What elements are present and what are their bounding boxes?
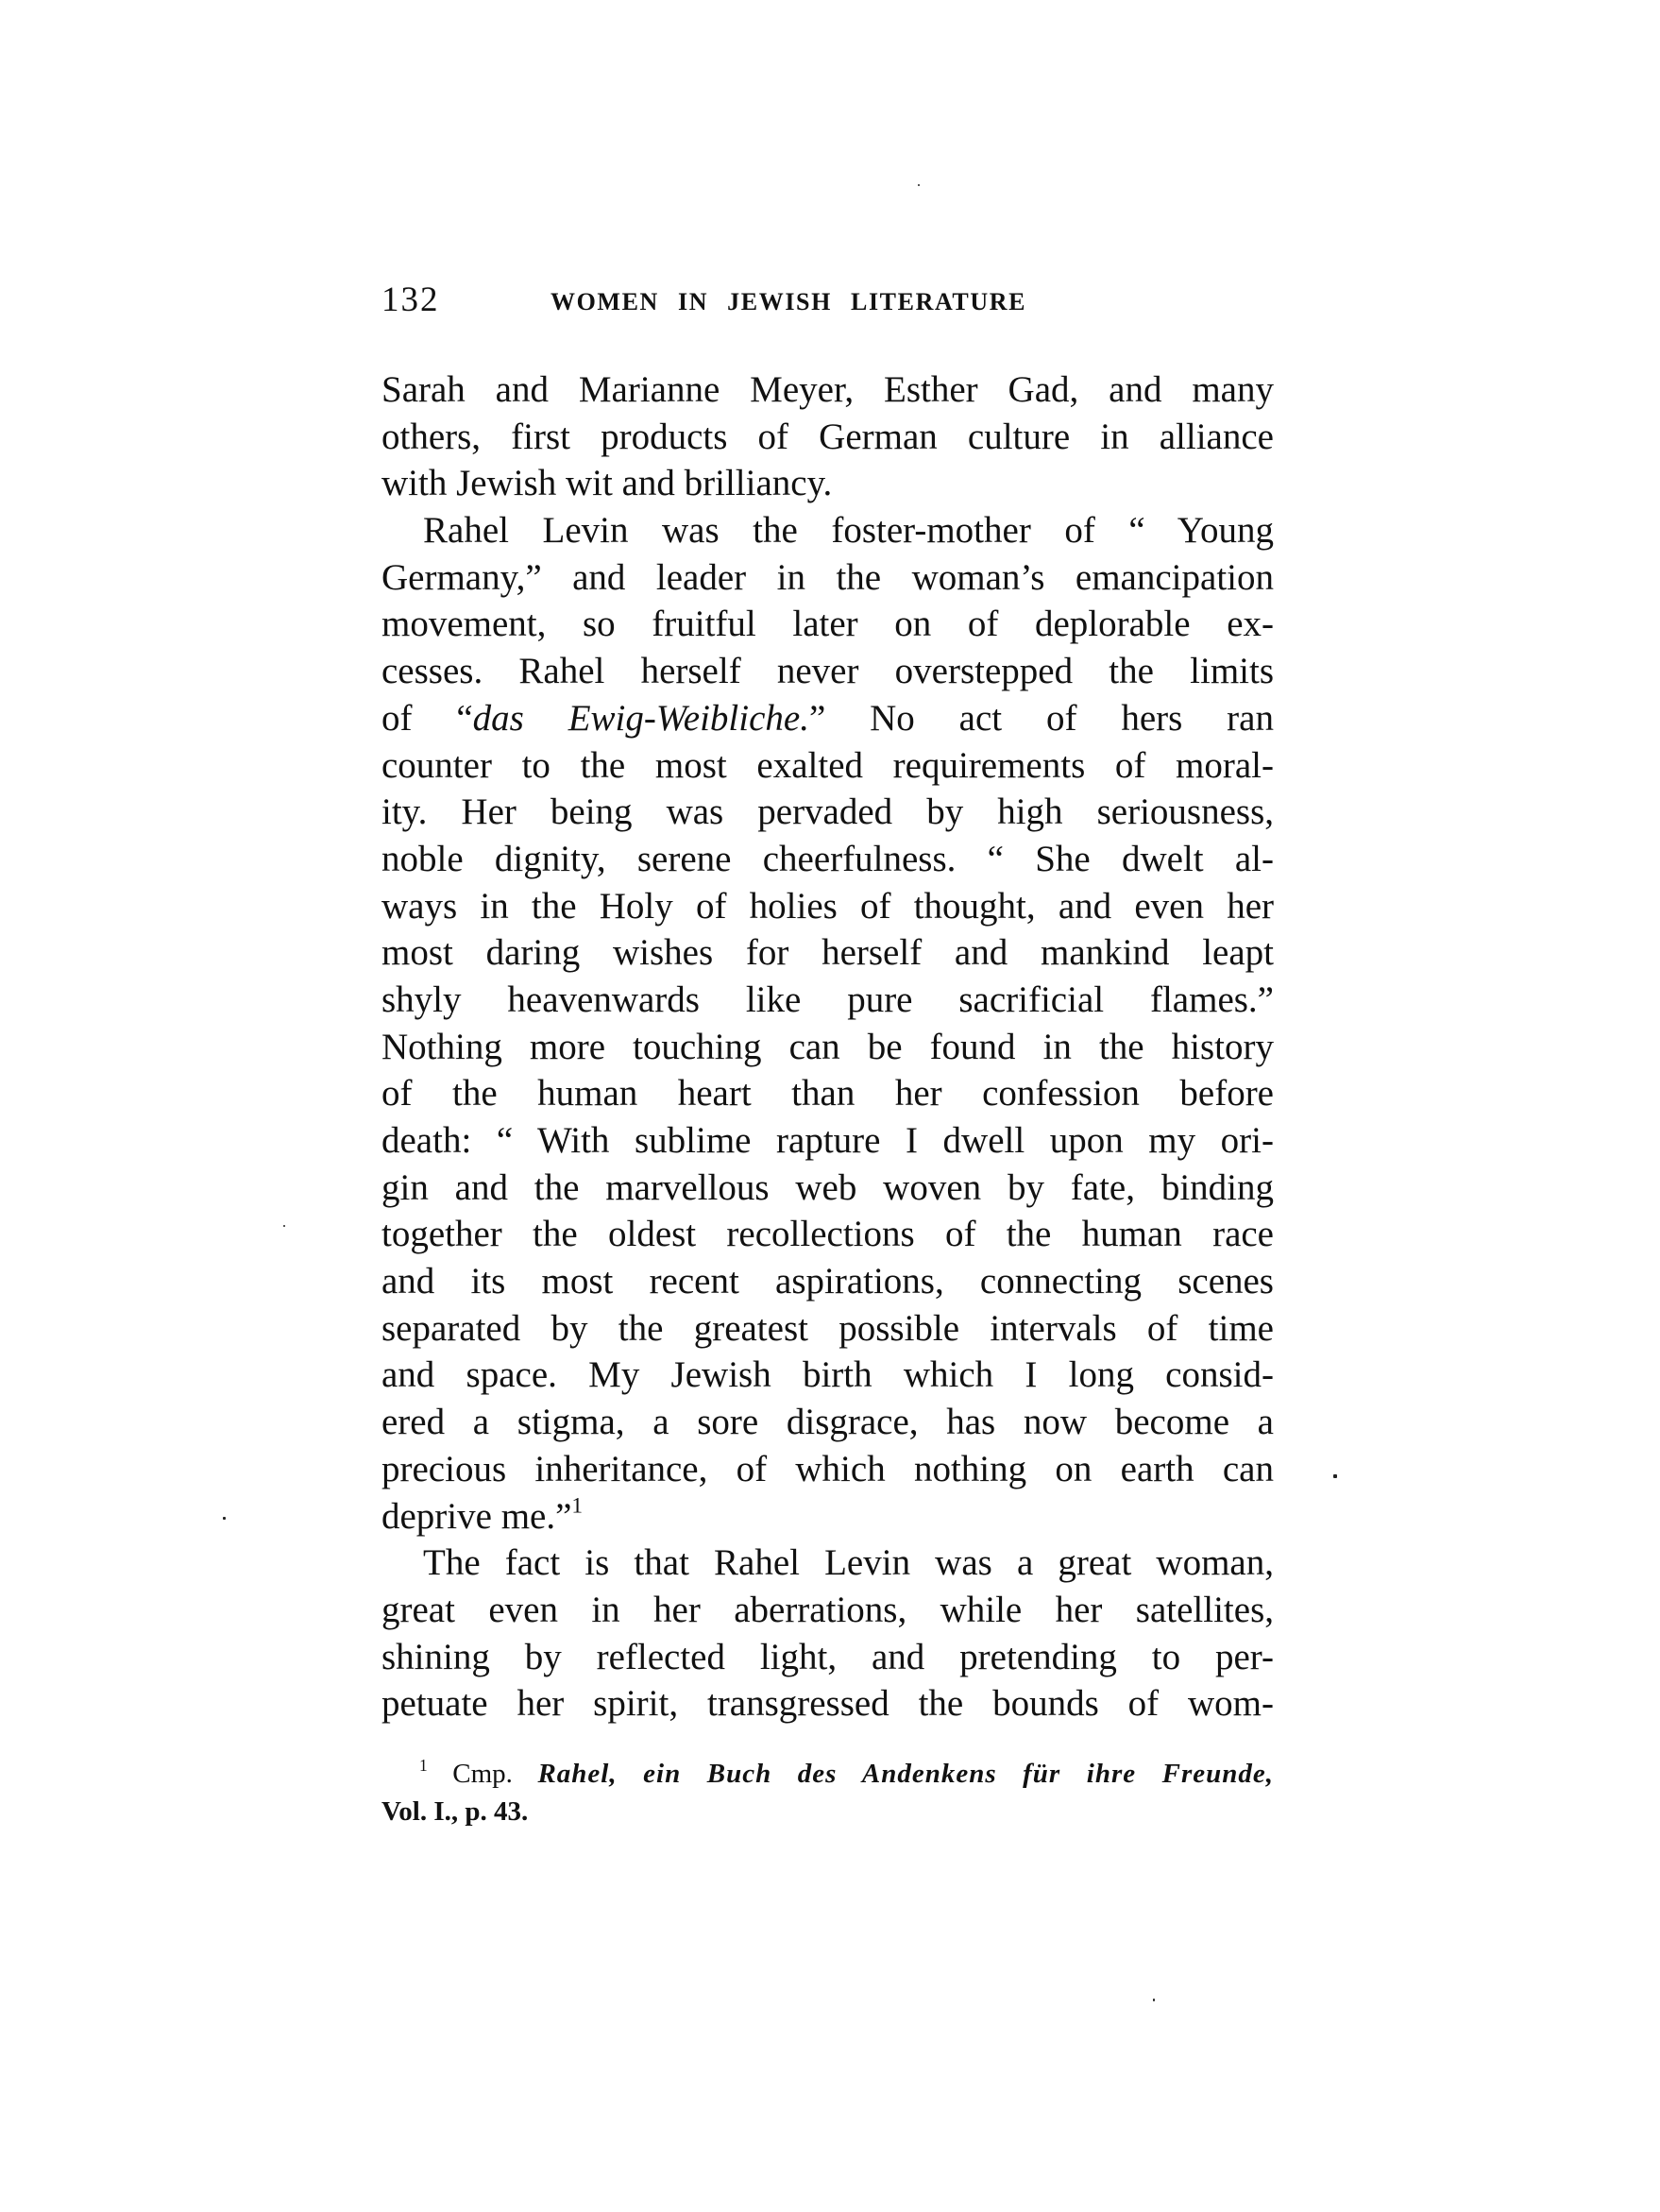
text-fragment: deprive me.” <box>381 1496 571 1537</box>
text-fragment: of “ <box>381 698 473 739</box>
footnote-prefix: Cmp. <box>452 1759 513 1789</box>
text-line: movement, so fruitful later on of deplor… <box>381 601 1274 648</box>
text-line: and space. My Jewish birth which I long … <box>381 1352 1274 1399</box>
italic-phrase: das Ewig-Weibliche. <box>473 698 809 739</box>
text-line: together the oldest recollections of the… <box>381 1211 1274 1258</box>
text-line: with Jewish wit and brilliancy. <box>381 460 1274 507</box>
scan-speck <box>1333 1474 1337 1478</box>
text-line: separated by the greatest possible inter… <box>381 1305 1274 1353</box>
text-line: counter to the most exalted requirements… <box>381 742 1274 790</box>
scan-speck <box>283 1225 285 1227</box>
scan-speck <box>1153 1999 1155 2001</box>
text-line-with-footnote-ref: deprive me.”1 <box>381 1493 1274 1540</box>
text-line: great even in her aberrations, while her… <box>381 1587 1274 1634</box>
text-line: shyly heavenwards like pure sacrificial … <box>381 977 1274 1024</box>
text-line: noble dignity, serene cheerfulness. “ Sh… <box>381 836 1274 883</box>
text-line: most daring wishes for herself and manki… <box>381 929 1274 977</box>
footnote-marker: 1 <box>419 1756 428 1775</box>
footnote-line: Vol. I., p. 43. <box>381 1793 1274 1830</box>
paragraph-start-line: The fact is that Rahel Levin was a great… <box>381 1540 1274 1587</box>
text-line: of the human heart than her confession b… <box>381 1070 1274 1117</box>
text-line: others, first products of German culture… <box>381 414 1274 461</box>
text-line: and its most recent aspirations, connect… <box>381 1258 1274 1305</box>
text-line: precious inheritance, of which nothing o… <box>381 1446 1274 1493</box>
text-line: ways in the Holy of holies of thought, a… <box>381 883 1274 930</box>
scan-speck <box>918 184 920 186</box>
text-line: shining by reflected light, and pretendi… <box>381 1634 1274 1681</box>
footnote: 1 Cmp. Rahel, ein Buch des Andenkens für… <box>381 1755 1274 1830</box>
text-line: Sarah and Marianne Meyer, Esther Gad, an… <box>381 366 1274 414</box>
body-text: Sarah and Marianne Meyer, Esther Gad, an… <box>381 366 1274 1727</box>
text-fragment: ” No act of hers ran <box>809 698 1274 739</box>
running-head: 132 WOMEN IN JEWISH LITERATURE <box>381 281 1274 319</box>
text-line: Germany,” and leader in the woman’s eman… <box>381 554 1274 602</box>
text-line: petuate her spirit, transgressed the bou… <box>381 1680 1274 1727</box>
book-page: 132 WOMEN IN JEWISH LITERATURE Sarah and… <box>0 0 1660 2212</box>
footnote-reference[interactable]: 1 <box>571 1493 583 1518</box>
text-line-with-italic: of “das Ewig-Weibliche.” No act of hers … <box>381 695 1274 742</box>
text-line: gin and the marvellous web woven by fate… <box>381 1165 1274 1212</box>
footnote-line: 1 Cmp. Rahel, ein Buch des Andenkens für… <box>381 1755 1274 1793</box>
paragraph-start-line: Rahel Levin was the foster-mother of “ Y… <box>381 507 1274 554</box>
page-number: 132 <box>381 281 440 319</box>
footnote-italic-title: Rahel, ein Buch des Andenkens für ihre F… <box>537 1759 1274 1789</box>
text-line: ity. Her being was pervaded by high seri… <box>381 789 1274 836</box>
text-line: ered a stigma, a sore disgrace, has now … <box>381 1399 1274 1446</box>
scan-speck <box>223 1517 226 1520</box>
text-line: Nothing more touching can be found in th… <box>381 1024 1274 1071</box>
text-line: death: “ With sublime rapture I dwell up… <box>381 1117 1274 1165</box>
running-title: WOMEN IN JEWISH LITERATURE <box>551 285 1026 319</box>
text-line: cesses. Rahel herself never overstepped … <box>381 648 1274 695</box>
